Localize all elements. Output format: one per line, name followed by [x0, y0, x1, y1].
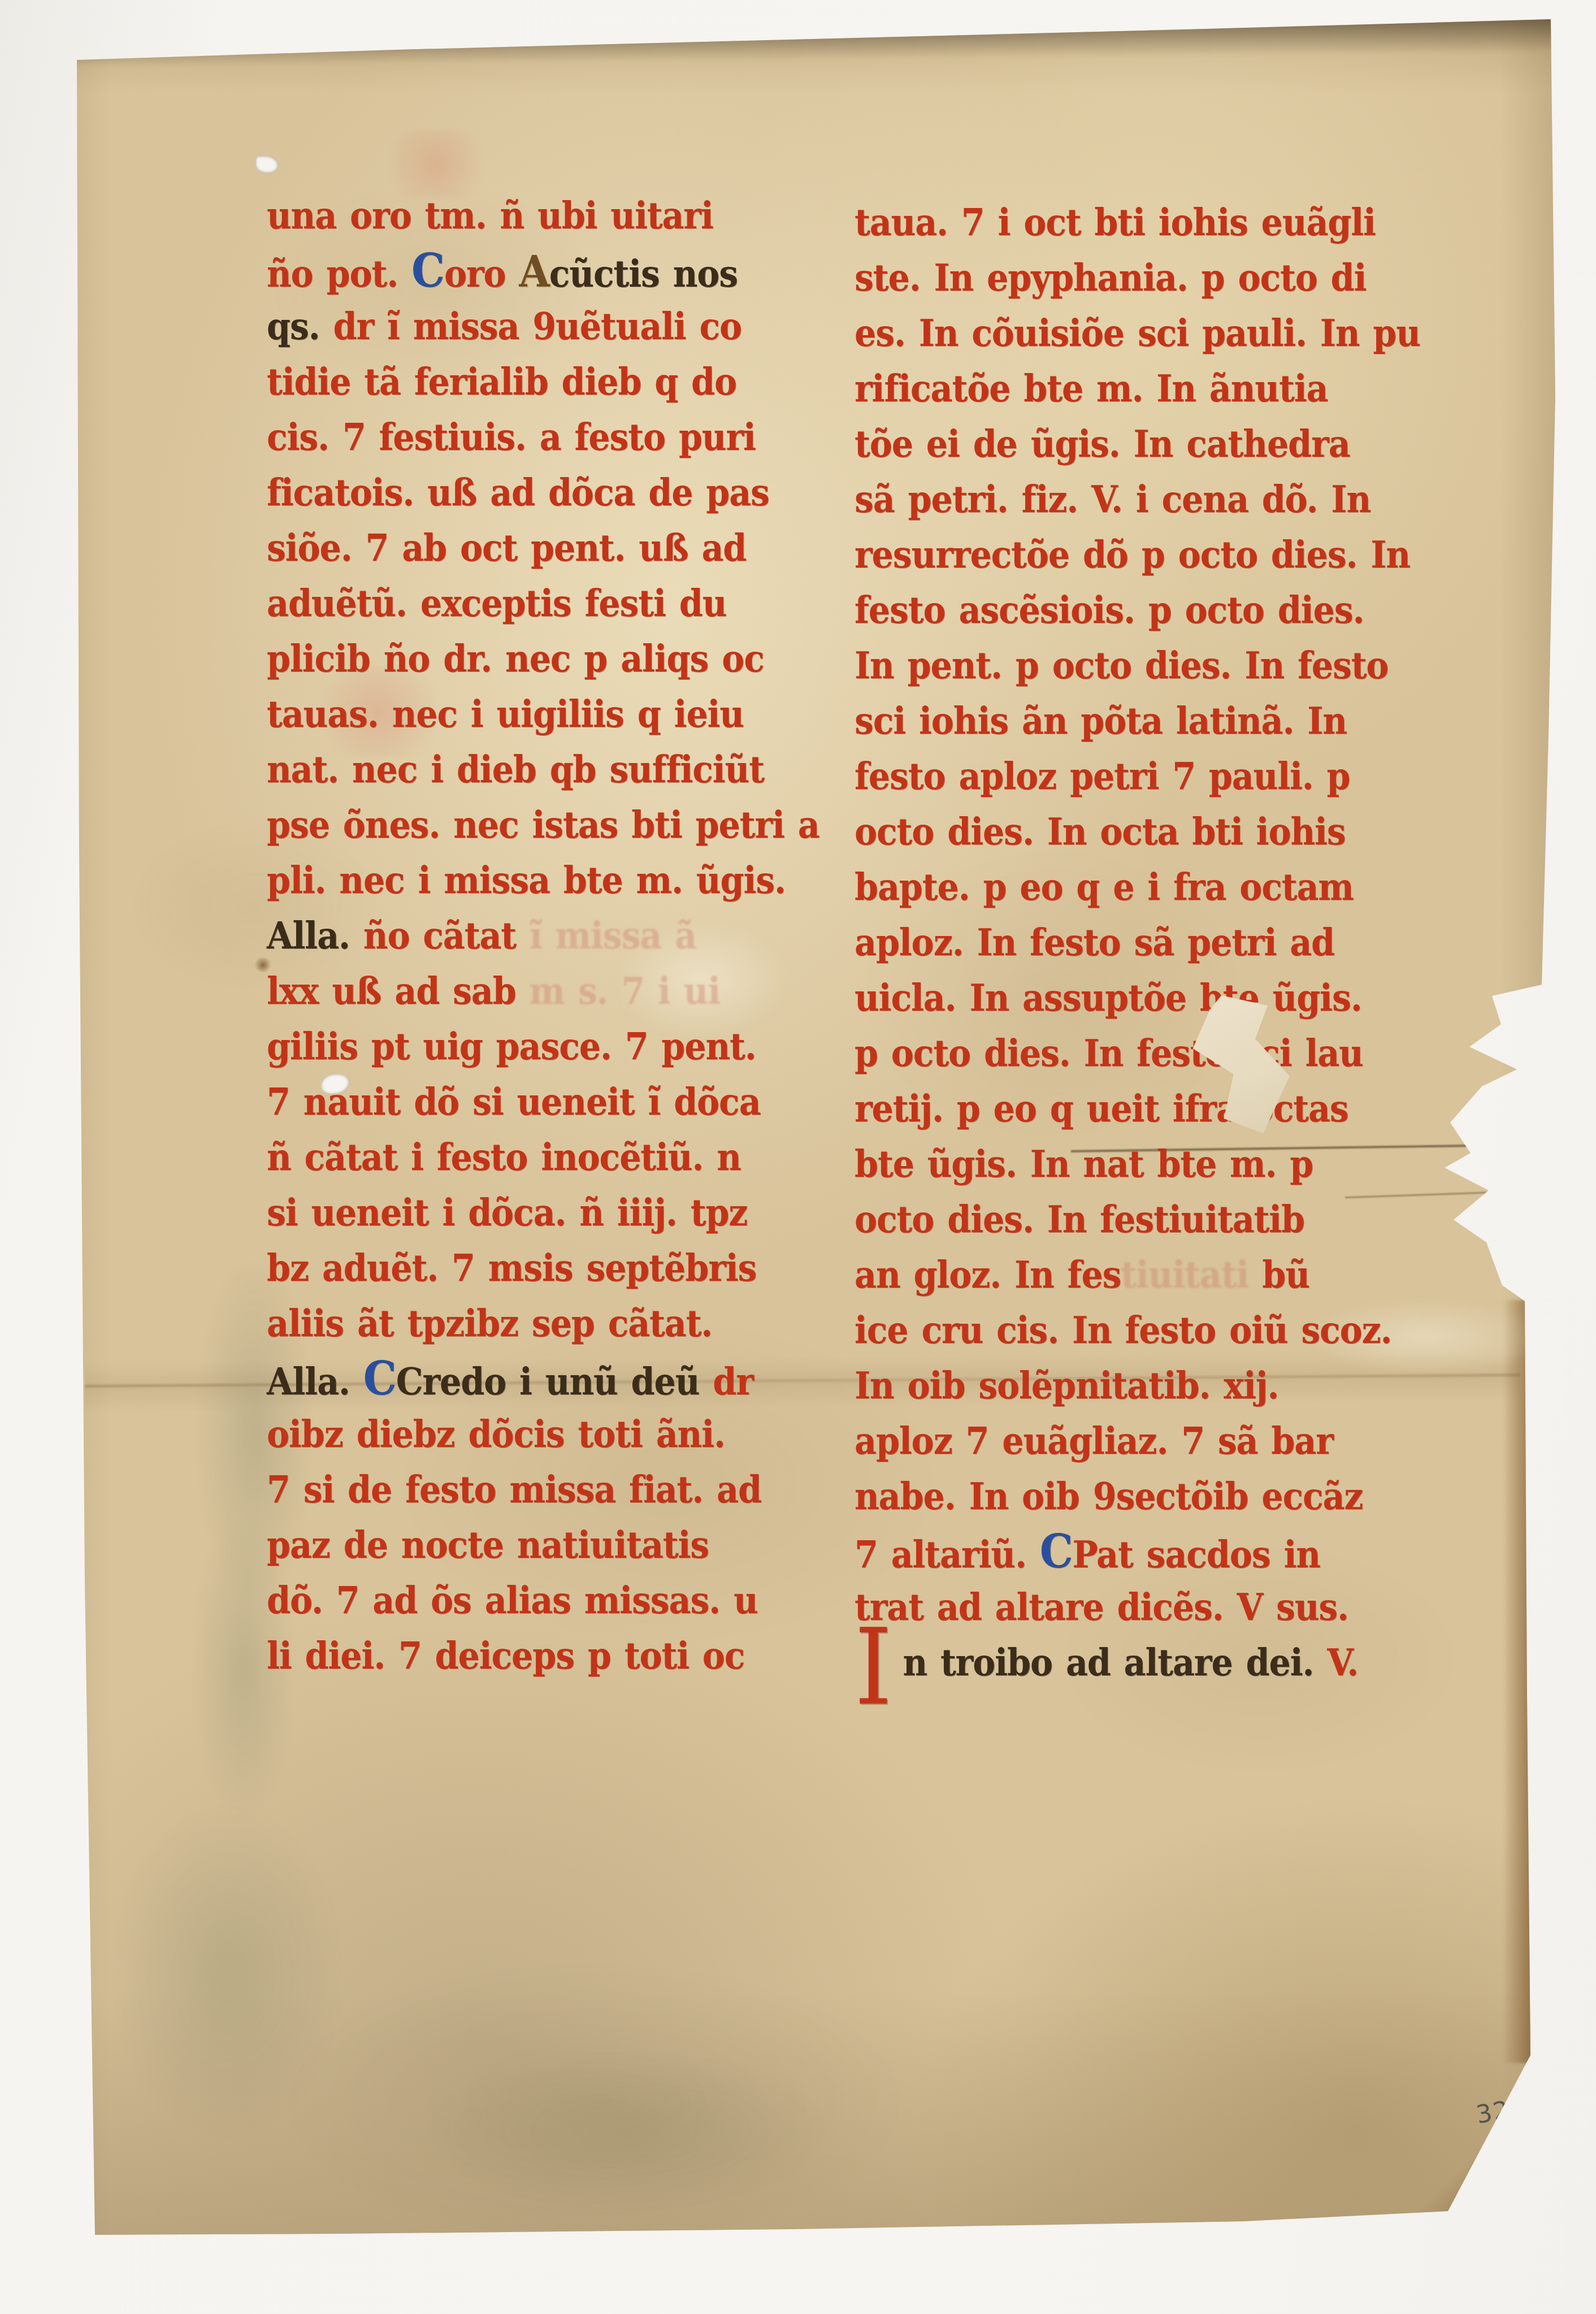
text-line: retij. p eo q ueit ifra octas — [855, 1081, 1425, 1142]
text-segment: pse õnes. nec istas bti petri a — [267, 803, 819, 847]
text-line: qs. dr ĩ missa 9uẽtuali co — [267, 298, 770, 359]
text-segment: plicib ño dr. nec p aliqs oc — [267, 637, 764, 681]
text-segment: nat. nec i dieb qb sufficiũt — [267, 748, 764, 791]
text-segment: pli. nec i missa bte m. ũgis. — [267, 859, 786, 902]
text-segment: nabe. In oib 9sectõib eccãz — [855, 1475, 1363, 1518]
text-segment: bapte. p eo q e i fra octam — [855, 865, 1354, 909]
text-line: In pent. p octo dies. In festo — [855, 638, 1425, 699]
decorated-initial: A — [519, 245, 549, 297]
green-stain-bottom — [85, 1741, 401, 2204]
text-line: siõe. 7 ab oct pent. uß ad — [267, 520, 770, 581]
text-line: aploz. In festo sã petri ad — [855, 915, 1425, 976]
text-segment: an gloz. In fes — [855, 1253, 1121, 1297]
text-segment-black: Alla. — [267, 1360, 363, 1404]
text-segment: lxx uß ad sab — [267, 969, 530, 1013]
text-line: bapte. p eo q e i fra octam — [855, 859, 1425, 920]
text-line: p octo dies. In festo sci lau — [855, 1025, 1425, 1086]
text-segment: ficatois. uß ad dõca de pas — [267, 471, 769, 514]
text-line: plicib ño dr. nec p aliqs oc — [267, 631, 770, 692]
scanner-background: { "document": { "kind_label": "manuscrip… — [0, 0, 1596, 2314]
text-segment-black: Alla. — [267, 914, 363, 957]
text-segment: sci iohis ãn põta latinã. In — [855, 699, 1347, 743]
top-edge-shadow — [73, 8, 1558, 67]
text-line: festo aploz petri 7 pauli. p — [855, 748, 1425, 809]
text-segment: 7 si de festo missa fiat. ad — [267, 1468, 761, 1511]
text-line: sã petri. fiz. V. i cena dõ. In — [855, 471, 1425, 532]
text-line: Alla. ño cãtat ĩ missa ã — [267, 908, 770, 969]
text-segment: In oib solẽpnitatib. xij. — [855, 1364, 1278, 1407]
text-segment: bũ — [1248, 1253, 1309, 1297]
text-segment: dr ĩ missa 9uẽtuali co — [333, 305, 742, 348]
text-segment: paz de nocte natiuitatis — [267, 1523, 709, 1567]
text-line: ste. In epyphania. p octo di — [855, 250, 1425, 311]
text-segment: ice cru cis. In festo oiũ scoz. — [855, 1308, 1392, 1352]
text-segment: p octo dies. In festo sci lau — [855, 1032, 1363, 1075]
text-line: bte ũgis. In nat bte m. p — [855, 1136, 1425, 1197]
text-line: pse õnes. nec istas bti petri a — [267, 797, 770, 858]
text-segment: dõ. 7 ad õs alias missas. u — [267, 1579, 758, 1622]
text-segment: dr — [713, 1360, 753, 1404]
text-line: nabe. In oib 9sectõib eccãz — [855, 1468, 1425, 1529]
text-segment: aploz 7 euãgliaz. 7 sã bar — [855, 1419, 1333, 1463]
text-segment: uicla. In assuptõe bte ũgis. — [855, 976, 1362, 1020]
text-segment: aploz. In festo sã petri ad — [855, 921, 1334, 964]
text-line: In troibo ad altare dei. V. — [855, 1635, 1425, 1696]
large-initial: I — [855, 1607, 891, 1729]
text-segment: V. — [1327, 1641, 1358, 1684]
text-line: cis. 7 festiuis. a festo puri — [267, 409, 770, 470]
text-segment-black: n troibo ad altare dei. — [903, 1641, 1327, 1684]
text-segment: octo dies. In octa bti iohis — [855, 810, 1346, 853]
text-line: giliis pt uig pasce. 7 pent. — [267, 1019, 770, 1080]
right-edge-shadow — [1503, 1300, 1533, 2063]
text-line: aliis ãt tpzibz sep cãtat. — [267, 1295, 770, 1357]
text-segment: oro — [444, 253, 519, 296]
text-line: bz aduẽt. 7 msis septẽbris — [267, 1240, 770, 1301]
text-segment: festo ascẽsiois. p octo dies. — [855, 588, 1364, 632]
text-segment: bz aduẽt. 7 msis septẽbris — [267, 1246, 756, 1290]
text-line: li diei. 7 deiceps p toti oc — [267, 1628, 770, 1689]
text-line: rificatõe bte m. In ãnutia — [855, 361, 1425, 422]
text-segment: festo aploz petri 7 pauli. p — [855, 755, 1350, 798]
text-line: ice cru cis. In festo oiũ scoz. — [855, 1302, 1425, 1363]
text-line: taua. 7 i oct bti iohis euãgli — [855, 194, 1425, 255]
text-segment: ste. In epyphania. p octo di — [855, 256, 1366, 300]
text-line: aduẽtũ. exceptis festi du — [267, 575, 770, 636]
text-line: resurrectõe dõ p octo dies. In — [855, 527, 1425, 588]
text-line: nat. nec i dieb qb sufficiũt — [267, 742, 770, 803]
folio-number: 32 — [1474, 2095, 1512, 2130]
text-line: es. In cõuisiõe sci pauli. In pu — [855, 305, 1425, 366]
text-segment: cis. 7 festiuis. a festo puri — [267, 415, 756, 459]
text-line: an gloz. In festiuitati bũ — [855, 1247, 1425, 1308]
paragraph-mark: C — [363, 1352, 396, 1406]
text-segment: tidie tã ferialib dieb q do — [267, 360, 736, 404]
text-segment: ñ cãtat i festo inocẽtiũ. n — [267, 1136, 741, 1179]
manuscript-leaf: una oro tm. ñ ubi uitariño pot. Coro Acũ… — [0, 0, 1596, 2314]
text-line: tõe ei de ũgis. In cathedra — [855, 416, 1425, 477]
text-segment: bte ũgis. In nat bte m. p — [855, 1142, 1313, 1186]
text-line: pli. nec i missa bte m. ũgis. — [267, 852, 770, 913]
text-line: Alla. CCredo i unũ deũ dr — [267, 1351, 770, 1412]
text-segment: 7 altariũ. — [855, 1533, 1040, 1577]
text-line: aploz 7 euãgliaz. 7 sã bar — [855, 1413, 1425, 1474]
text-line: ño pot. Coro Acũctis nos — [267, 243, 770, 304]
text-segment: ño pot. — [267, 253, 411, 296]
text-segment: una oro tm. ñ ubi uitari — [267, 194, 713, 237]
text-segment: rificatõe bte m. In ãnutia — [855, 367, 1328, 410]
text-line: tidie tã ferialib dieb q do — [267, 354, 770, 415]
text-line: si ueneit i dõca. ñ iiij. tpz — [267, 1185, 770, 1246]
text-segment: resurrectõe dõ p octo dies. In — [855, 533, 1410, 577]
text-segment: tõe ei de ũgis. In cathedra — [855, 422, 1350, 466]
olive-stain — [350, 2023, 904, 2238]
text-segment: octo dies. In festiuitatib — [855, 1198, 1304, 1241]
paragraph-mark: C — [411, 244, 444, 298]
text-column-left: una oro tm. ñ ubi uitariño pot. Coro Acũ… — [267, 188, 770, 1683]
text-column-right: taua. 7 i oct bti iohis euãgliste. In ep… — [855, 194, 1425, 1690]
text-line: festo ascẽsiois. p octo dies. — [855, 582, 1425, 643]
text-segment: ño cãtat — [363, 914, 530, 957]
text-line: octo dies. In octa bti iohis — [855, 804, 1425, 865]
text-line: 7 si de festo missa fiat. ad — [267, 1462, 770, 1523]
text-segment-faded: ĩ missa ã — [530, 914, 696, 957]
text-segment: si ueneit i dõca. ñ iiij. tpz — [267, 1191, 747, 1234]
parchment-hole — [255, 156, 278, 173]
text-segment-black: Credo i unũ deũ — [396, 1360, 713, 1404]
text-segment: Pat sacdos in — [1073, 1533, 1320, 1577]
text-segment: In pent. p octo dies. In festo — [855, 644, 1388, 687]
text-segment: aduẽtũ. exceptis festi du — [267, 582, 726, 625]
text-line: In oib solẽpnitatib. xij. — [855, 1358, 1425, 1419]
text-line: tauas. nec i uigiliis q ieiu — [267, 686, 770, 747]
text-segment: sã petri. fiz. V. i cena dõ. In — [855, 478, 1371, 521]
text-line: paz de nocte natiuitatis — [267, 1517, 770, 1578]
text-segment: es. In cõuisiõe sci pauli. In pu — [855, 311, 1420, 355]
text-segment: siõe. 7 ab oct pent. uß ad — [267, 526, 746, 570]
text-segment: trat ad altare dicẽs. V sus. — [855, 1585, 1348, 1629]
text-line: una oro tm. ñ ubi uitari — [267, 188, 770, 249]
text-segment: li diei. 7 deiceps p toti oc — [267, 1634, 744, 1678]
text-line: uicla. In assuptõe bte ũgis. — [855, 970, 1425, 1031]
text-segment: oibz diebz dõcis toti ãni. — [267, 1412, 725, 1456]
text-segment: tauas. nec i uigiliis q ieiu — [267, 692, 744, 736]
text-line: dõ. 7 ad õs alias missas. u — [267, 1572, 770, 1633]
text-segment-black: cũctis nos — [549, 253, 738, 296]
text-line: lxx uß ad sab m s. 7 i ui — [267, 963, 770, 1024]
paragraph-mark: C — [1040, 1525, 1073, 1579]
text-segment: aliis ãt tpzibz sep cãtat. — [267, 1302, 712, 1345]
text-segment: taua. 7 i oct bti iohis euãgli — [855, 201, 1376, 244]
text-segment-black: qs. — [267, 305, 333, 348]
text-line: oibz diebz dõcis toti ãni. — [267, 1406, 770, 1467]
text-line: octo dies. In festiuitatib — [855, 1191, 1425, 1253]
text-line: sci iohis ãn põta latinã. In — [855, 693, 1425, 754]
text-segment-faded: m s. 7 i ui — [530, 969, 721, 1013]
corner-cut-shadow — [1402, 2057, 1549, 2221]
text-segment-faded: tiuitati — [1121, 1253, 1248, 1297]
text-line: trat ad altare dicẽs. V sus. — [855, 1579, 1425, 1640]
text-segment: giliis pt uig pasce. 7 pent. — [267, 1025, 756, 1068]
text-line: 7 altariũ. CPat sacdos in — [855, 1524, 1425, 1585]
text-line: ñ cãtat i festo inocẽtiũ. n — [267, 1129, 770, 1190]
text-line: ficatois. uß ad dõca de pas — [267, 465, 770, 526]
